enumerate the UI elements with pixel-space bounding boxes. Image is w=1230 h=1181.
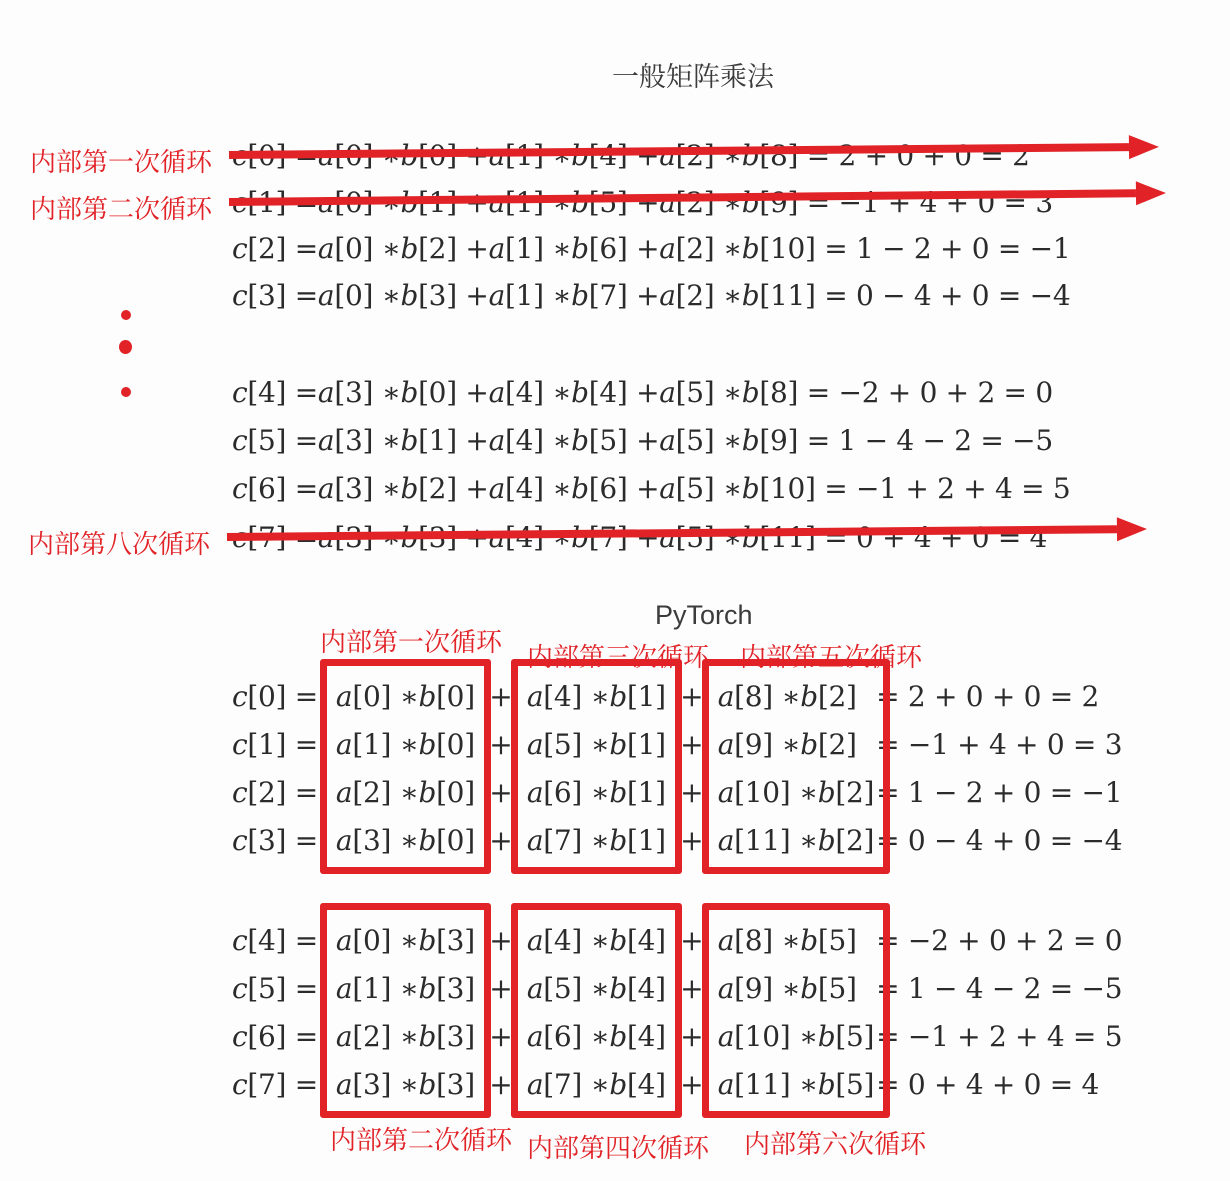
inner-loop-box-1: a[0] ∗ b[0] a[1] ∗ b[0] a[2] ∗ b[0] a[3]… <box>320 659 491 874</box>
equation-row-c1: c[1] = a[0] ∗ b[1] + a[1] ∗ b[5] + a[2] … <box>232 184 1053 220</box>
arrow-head-icon <box>1136 181 1166 205</box>
result-c5: = 1 − 4 − 2 = −5 <box>876 964 1122 1012</box>
result-c1: = −1 + 4 + 0 = 3 <box>876 720 1122 768</box>
inner-loop-box-5: a[8] ∗ b[2] a[9] ∗ b[2] a[10] ∗ b[2] a[1… <box>702 659 890 874</box>
ellipsis-dot <box>121 387 131 397</box>
arrow-head-icon <box>1117 517 1147 541</box>
lhs-c4: c[4] = <box>232 916 318 964</box>
term: a[7] ∗ b[1] <box>527 816 666 864</box>
equation-row-c4: c[4] = a[3] ∗ b[0] + a[4] ∗ b[4] + a[5] … <box>232 374 1053 410</box>
term: a[2] ∗ b[0] <box>336 768 475 816</box>
term: a[4] ∗ b[1] <box>527 672 666 720</box>
term: a[1] ∗ b[0] <box>336 720 475 768</box>
loop-label-top-1: 内部第一次循环 <box>320 622 502 659</box>
general-section-title: 一般矩阵乘法 <box>612 55 774 94</box>
lhs-c2: c[2] = <box>232 768 318 816</box>
loop-label-bottom-4: 内部第四次循环 <box>527 1128 709 1165</box>
lhs-column: c[0] = c[1] = c[2] = c[3] = <box>232 672 318 864</box>
equation-row-c6: c[6] = a[3] ∗ b[2] + a[4] ∗ b[6] + a[5] … <box>232 470 1070 506</box>
lhs-c1: c[1] = <box>232 720 318 768</box>
results-column: = 2 + 0 + 0 = 2 = −1 + 4 + 0 = 3 = 1 − 2… <box>876 672 1122 864</box>
pytorch-block-1: c[0] = c[1] = c[2] = c[3] = a[0] ∗ b[0] … <box>232 672 1122 864</box>
term: a[4] ∗ b[4] <box>527 916 666 964</box>
term: a[6] ∗ b[4] <box>527 1012 666 1060</box>
equation-row-c7: c[7] = a[3] ∗ b[3] + a[4] ∗ b[7] + a[5] … <box>232 519 1047 555</box>
loop-label-bottom-6: 内部第六次循环 <box>744 1124 926 1161</box>
inner-loop-box-2: a[0] ∗ b[3] a[1] ∗ b[3] a[2] ∗ b[3] a[3]… <box>320 903 491 1118</box>
result-c2: = 1 − 2 + 0 = −1 <box>876 768 1122 816</box>
term: a[0] ∗ b[0] <box>336 672 475 720</box>
lhs-c5: c[5] = <box>232 964 318 1012</box>
loop-label-bottom-2: 内部第二次循环 <box>330 1120 512 1157</box>
inner-loop-box-6: a[8] ∗ b[5] a[9] ∗ b[5] a[10] ∗ b[5] a[1… <box>702 903 890 1118</box>
arrow-head-icon <box>1129 135 1159 159</box>
term: a[5] ∗ b[1] <box>527 720 666 768</box>
ellipsis-dot <box>121 310 131 320</box>
loop-label-inner-8: 内部第八次循环 <box>28 524 210 561</box>
result-c4: = −2 + 0 + 2 = 0 <box>876 916 1122 964</box>
term: a[6] ∗ b[1] <box>527 768 666 816</box>
inner-loop-box-4: a[4] ∗ b[4] a[5] ∗ b[4] a[6] ∗ b[4] a[7]… <box>511 903 682 1118</box>
term: a[11] ∗ b[2] <box>718 816 874 864</box>
result-c7: = 0 + 4 + 0 = 4 <box>876 1060 1122 1108</box>
term: a[10] ∗ b[5] <box>718 1012 874 1060</box>
term: a[9] ∗ b[5] <box>718 964 874 1012</box>
result-c3: = 0 − 4 + 0 = −4 <box>876 816 1122 864</box>
term: a[11] ∗ b[5] <box>718 1060 874 1108</box>
lhs-c6: c[6] = <box>232 1012 318 1060</box>
term: a[2] ∗ b[3] <box>336 1012 475 1060</box>
ellipsis-dot <box>119 340 132 354</box>
figure-canvas: 一般矩阵乘法 内部第一次循环 内部第二次循环 内部第八次循环 c[0] = a[… <box>0 0 1230 1181</box>
loop-label-inner-1: 内部第一次循环 <box>30 142 212 179</box>
term: a[7] ∗ b[4] <box>527 1060 666 1108</box>
term: a[1] ∗ b[3] <box>336 964 475 1012</box>
equation-row-c3: c[3] = a[0] ∗ b[3] + a[1] ∗ b[7] + a[2] … <box>232 277 1070 313</box>
equation-row-c2: c[2] = a[0] ∗ b[2] + a[1] ∗ b[6] + a[2] … <box>232 230 1070 266</box>
term: a[9] ∗ b[2] <box>718 720 874 768</box>
results-column: = −2 + 0 + 2 = 0 = 1 − 4 − 2 = −5 = −1 +… <box>876 916 1122 1108</box>
term: a[10] ∗ b[2] <box>718 768 874 816</box>
inner-loop-box-3: a[4] ∗ b[1] a[5] ∗ b[1] a[6] ∗ b[1] a[7]… <box>511 659 682 874</box>
equation-row-c0: c[0] = a[0] ∗ b[0] + a[1] ∗ b[4] + a[2] … <box>232 137 1030 173</box>
term: a[0] ∗ b[3] <box>336 916 475 964</box>
result-c6: = −1 + 2 + 4 = 5 <box>876 1012 1122 1060</box>
pytorch-section-title: PyTorch <box>655 600 753 631</box>
term: a[8] ∗ b[2] <box>718 672 874 720</box>
term: a[3] ∗ b[0] <box>336 816 475 864</box>
term: a[8] ∗ b[5] <box>718 916 874 964</box>
lhs-column: c[4] = c[5] = c[6] = c[7] = <box>232 916 318 1108</box>
result-c0: = 2 + 0 + 0 = 2 <box>876 672 1122 720</box>
equation-row-c5: c[5] = a[3] ∗ b[1] + a[4] ∗ b[5] + a[5] … <box>232 422 1053 458</box>
term: a[3] ∗ b[3] <box>336 1060 475 1108</box>
lhs-c3: c[3] = <box>232 816 318 864</box>
pytorch-block-2: c[4] = c[5] = c[6] = c[7] = a[0] ∗ b[3] … <box>232 916 1122 1108</box>
lhs-c0: c[0] = <box>232 672 318 720</box>
loop-label-inner-2: 内部第二次循环 <box>30 189 212 226</box>
term: a[5] ∗ b[4] <box>527 964 666 1012</box>
lhs-c7: c[7] = <box>232 1060 318 1108</box>
